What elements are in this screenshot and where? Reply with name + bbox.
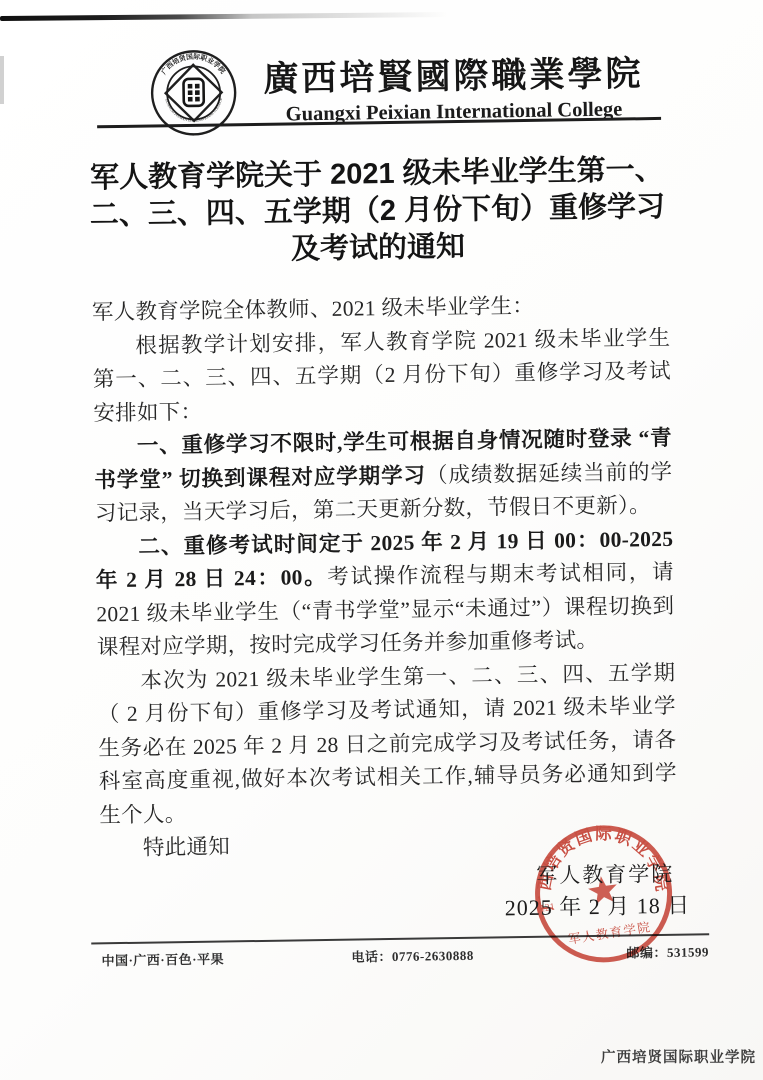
signature-date: 2025 年 2 月 18 日 (505, 889, 691, 923)
college-name-zh: 廣西培賢國際職業學院 (248, 46, 659, 102)
footer-phone: 电话：0776-2630888 (351, 945, 474, 966)
body-paragraph: 根据教学计划安排，军人教育学院 2021 级未毕业学生第一、二、三、四、五学期（… (92, 321, 671, 430)
notice-title: 军人教育学院关于 2021 级未毕业学生第一、二、三、四、五学期（2 月份下旬）… (87, 152, 669, 272)
header-wordmark: 廣西培賢國際職業學院 Guangxi Peixian International… (248, 46, 659, 127)
watermark-caption: 广西培贤国际职业学院 (601, 1046, 756, 1067)
scanned-page: 广西培贤国际职业学院 GUANGXI PEIXIAN INTERNATIONAL… (0, 0, 763, 1080)
notice-body: 军人教育学院全体教师、2021 级未毕业学生：根据教学计划安排，军人教育学院 2… (92, 288, 678, 866)
seal-department-text: 军人教育学院 (567, 919, 652, 947)
signature-department: 军人教育学院 (536, 858, 674, 890)
footer-location: 中国·广西·百色·平果 (101, 949, 224, 970)
body-paragraph: 二、重修考试时间定于 2025 年 2 月 19 日 00：00-2025 年 … (95, 522, 675, 665)
scan-artifact-left-smudge (0, 56, 4, 104)
body-paragraph: 本次为 2021 级未毕业学生第一、二、三、四、五学期（ 2 月份下旬）重修学习… (97, 656, 677, 832)
body-paragraph: 一、重修学习不限时,学生可根据自身情况随时登录 “青书学堂” 切换到课程对应学期… (94, 422, 673, 531)
